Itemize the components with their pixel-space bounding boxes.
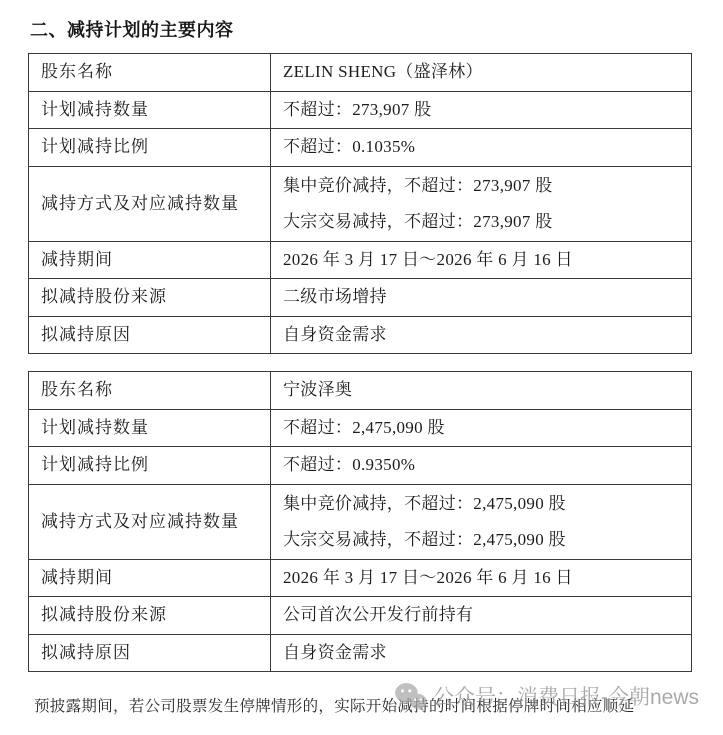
value-line: 集中竞价减持，不超过：2,475,090 股 [283,486,685,522]
value-line: 不超过：0.1035% [283,129,685,165]
reduction-table-shareholder-1: 股东名称ZELIN SHENG（盛泽林）计划减持数量不超过：273,907 股计… [28,53,692,354]
value-line: 2026 年 3 月 17 日～2026 年 6 月 16 日 [283,242,685,278]
row-label: 计划减持比例 [29,129,271,167]
value-line: 不超过：273,907 股 [283,92,685,128]
value-line: 2026 年 3 月 17 日～2026 年 6 月 16 日 [283,560,685,596]
row-label: 股东名称 [29,372,271,410]
table-row: 拟减持股份来源二级市场增持 [29,279,692,317]
table-row: 计划减持数量不超过：273,907 股 [29,91,692,129]
document-page: 二、减持计划的主要内容 股东名称ZELIN SHENG（盛泽林）计划减持数量不超… [0,0,723,735]
row-label: 股东名称 [29,54,271,92]
row-label: 拟减持原因 [29,316,271,354]
table-row: 减持期间2026 年 3 月 17 日～2026 年 6 月 16 日 [29,241,692,279]
row-label: 减持期间 [29,241,271,279]
row-label: 计划减持数量 [29,409,271,447]
row-label: 减持期间 [29,559,271,597]
row-value: 二级市场增持 [271,279,692,317]
table-row: 股东名称宁波泽奥 [29,372,692,410]
row-label: 拟减持股份来源 [29,597,271,635]
row-value: 不超过：273,907 股 [271,91,692,129]
table-row: 减持方式及对应减持数量集中竞价减持，不超过：2,475,090 股大宗交易减持，… [29,484,692,559]
row-label: 计划减持比例 [29,447,271,485]
table-row: 计划减持比例不超过：0.9350% [29,447,692,485]
row-value: 自身资金需求 [271,634,692,672]
reduction-table-shareholder-2: 股东名称宁波泽奥计划减持数量不超过：2,475,090 股计划减持比例不超过：0… [28,371,692,672]
row-label: 减持方式及对应减持数量 [29,166,271,241]
row-value: 不超过：0.9350% [271,447,692,485]
row-value: 不超过：2,475,090 股 [271,409,692,447]
value-line: 公司首次公开发行前持有 [283,597,685,633]
row-value: 2026 年 3 月 17 日～2026 年 6 月 16 日 [271,241,692,279]
table-row: 减持方式及对应减持数量集中竞价减持，不超过：273,907 股大宗交易减持，不超… [29,166,692,241]
table-body: 股东名称ZELIN SHENG（盛泽林）计划减持数量不超过：273,907 股计… [29,54,692,354]
table-row: 减持期间2026 年 3 月 17 日～2026 年 6 月 16 日 [29,559,692,597]
row-value: 自身资金需求 [271,316,692,354]
value-line: ZELIN SHENG（盛泽林） [283,54,685,90]
table-body: 股东名称宁波泽奥计划减持数量不超过：2,475,090 股计划减持比例不超过：0… [29,372,692,672]
value-line: 宁波泽奥 [283,372,685,408]
row-label: 计划减持数量 [29,91,271,129]
value-line: 自身资金需求 [283,635,685,671]
row-label: 拟减持原因 [29,634,271,672]
value-line: 大宗交易减持，不超过：2,475,090 股 [283,522,685,558]
value-line: 二级市场增持 [283,279,685,315]
value-line: 大宗交易减持，不超过：273,907 股 [283,204,685,240]
table-row: 拟减持原因自身资金需求 [29,316,692,354]
row-value: 集中竞价减持，不超过：273,907 股大宗交易减持，不超过：273,907 股 [271,166,692,241]
row-value: 公司首次公开发行前持有 [271,597,692,635]
row-value: 2026 年 3 月 17 日～2026 年 6 月 16 日 [271,559,692,597]
table-row: 拟减持股份来源公司首次公开发行前持有 [29,597,692,635]
row-value: ZELIN SHENG（盛泽林） [271,54,692,92]
row-label: 减持方式及对应减持数量 [29,484,271,559]
table-row: 计划减持比例不超过：0.1035% [29,129,692,167]
footnote-text: 预披露期间，若公司股票发生停牌情形的，实际开始减持的时间根据停牌时间相应顺延 [34,694,634,716]
value-line: 自身资金需求 [283,317,685,353]
value-line: 不超过：0.9350% [283,447,685,483]
table-row: 拟减持原因自身资金需求 [29,634,692,672]
value-line: 不超过：2,475,090 股 [283,410,685,446]
row-value: 宁波泽奥 [271,372,692,410]
table-row: 股东名称ZELIN SHENG（盛泽林） [29,54,692,92]
value-line: 集中竞价减持，不超过：273,907 股 [283,168,685,204]
table-row: 计划减持数量不超过：2,475,090 股 [29,409,692,447]
section-title: 二、减持计划的主要内容 [30,16,234,42]
row-value: 不超过：0.1035% [271,129,692,167]
row-value: 集中竞价减持，不超过：2,475,090 股大宗交易减持，不超过：2,475,0… [271,484,692,559]
row-label: 拟减持股份来源 [29,279,271,317]
